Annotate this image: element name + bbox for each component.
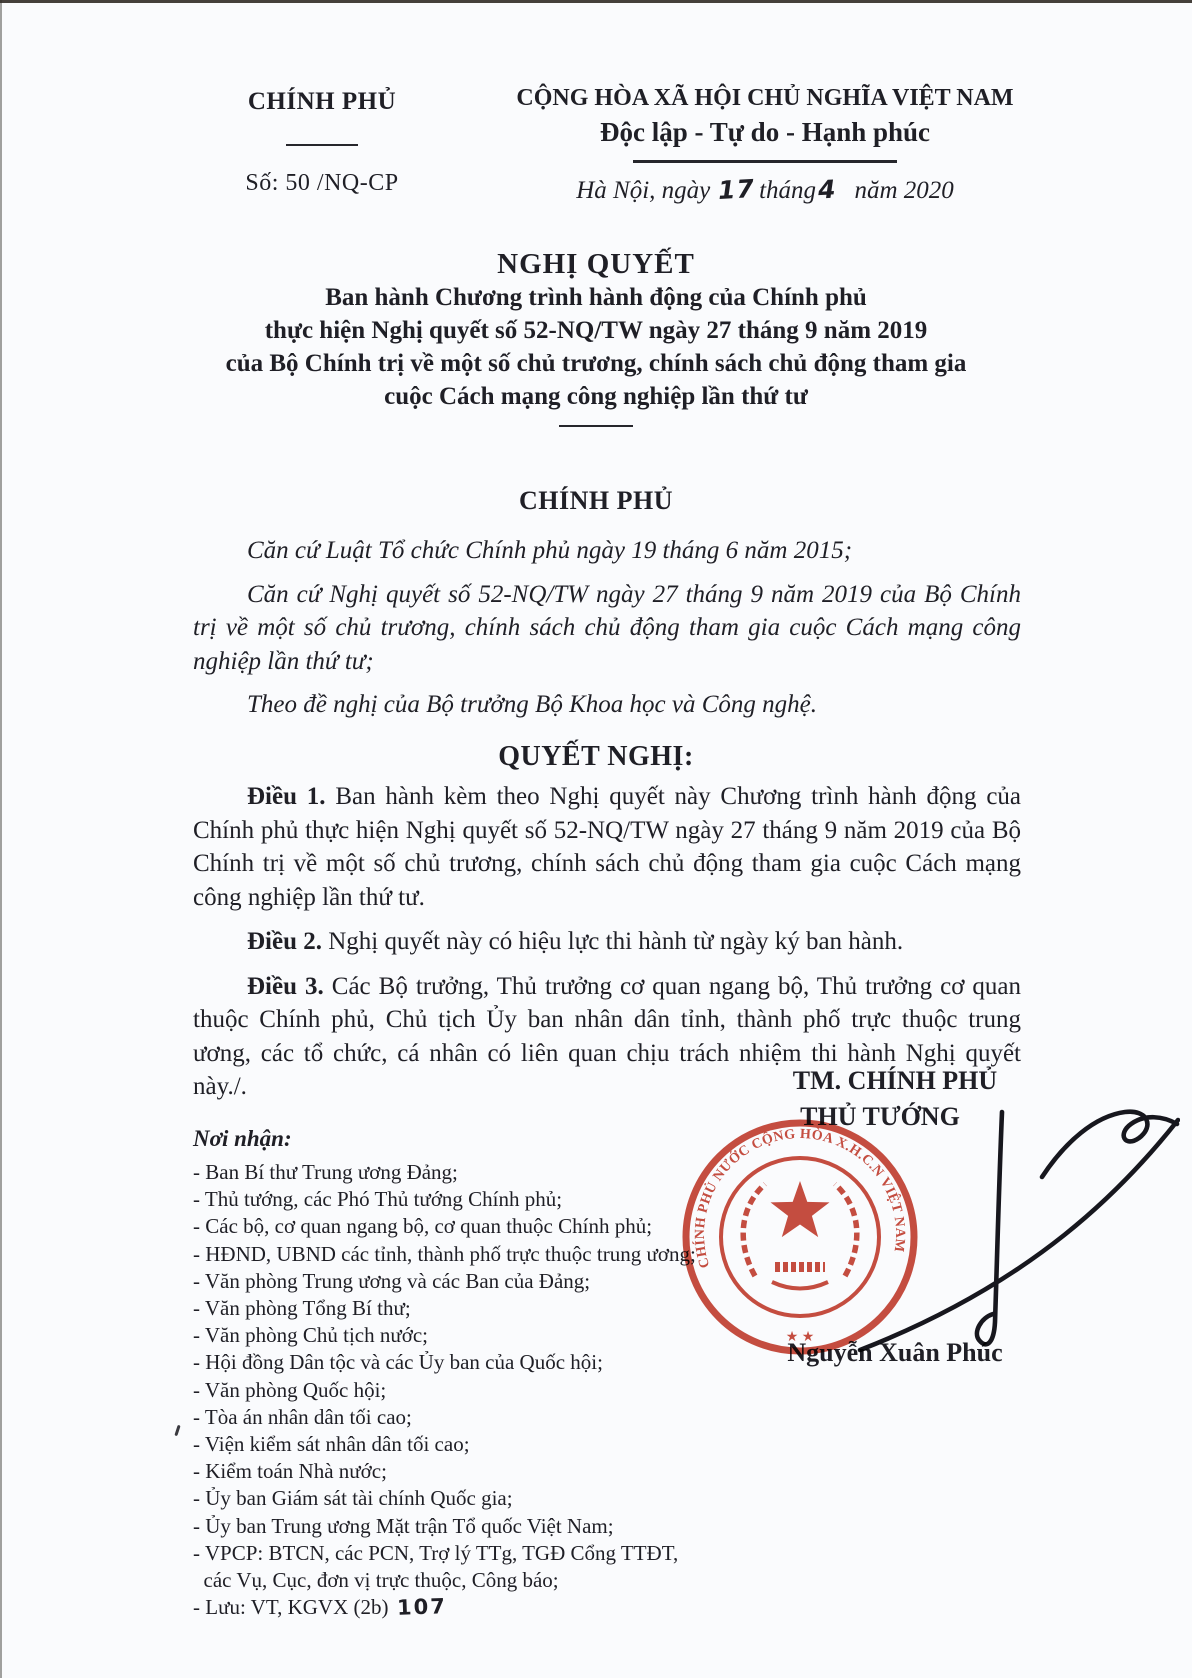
recipient-item: - Viện kiểm sát nhân dân tối cao; <box>193 1431 803 1458</box>
recipient-item: - Ủy ban Giám sát tài chính Quốc gia; <box>193 1485 803 1512</box>
recital-paragraph: Căn cứ Luật Tổ chức Chính phủ ngày 19 th… <box>193 534 1021 568</box>
title-line: thực hiện Nghị quyết số 52-NQ/TW ngày 27… <box>0 314 1192 347</box>
recipient-item: - Kiểm toán Nhà nước; <box>193 1458 803 1485</box>
dateline-year: năm 2020 <box>854 177 953 204</box>
article-2-label: Điều 2. <box>247 928 322 955</box>
dateline-middle: tháng <box>759 177 816 204</box>
archive-line-text: - Lưu: VT, KGVX (2b) <box>193 1595 389 1619</box>
article-1: Điều 1. Ban hành kèm theo Nghị quyết này… <box>193 780 1021 914</box>
document-title-block: NGHỊ QUYẾT Ban hành Chương trình hành độ… <box>0 248 1192 427</box>
recipient-item: các Vụ, Cục, đơn vị trực thuộc, Công báo… <box>193 1567 803 1594</box>
document-page: CHÍNH PHỦ Số: 50 /NQ-CP CỘNG HÒA XÃ HỘI … <box>0 0 1192 1678</box>
recital-paragraph: Căn cứ Nghị quyết số 52-NQ/TW ngày 27 th… <box>193 578 1021 679</box>
authority-heading: CHÍNH PHỦ <box>0 486 1192 516</box>
issuing-authority: CHÍNH PHỦ <box>212 88 432 116</box>
recipient-item: - Văn phòng Quốc hội; <box>193 1377 803 1404</box>
handwritten-copy-count: 107 <box>396 1593 447 1622</box>
divider-line <box>286 144 358 146</box>
seal-star-emblem <box>771 1181 830 1237</box>
government-seal: CHÍNH PHỦ NƯỚC CỘNG HÒA X.H.C.N VIỆT NAM… <box>675 1112 925 1362</box>
handwritten-month: 4 <box>817 175 837 205</box>
issuing-authority-block: CHÍNH PHỦ Số: 50 /NQ-CP <box>212 88 432 197</box>
recipient-item: - Ủy ban Trung ương Mặt trận Tổ quốc Việ… <box>193 1513 803 1540</box>
signature-stroke-descender <box>977 1112 1002 1344</box>
document-type: NGHỊ QUYẾT <box>0 248 1192 281</box>
article-2: Điều 2. Nghị quyết này có hiệu lực thi h… <box>193 925 1021 959</box>
dateline-prefix: Hà Nội, ngày <box>576 177 710 204</box>
recitals-section: Căn cứ Luật Tổ chức Chính phủ ngày 19 th… <box>193 534 1021 732</box>
scan-edge-top <box>0 0 1192 3</box>
articles-section: Điều 1. Ban hành kèm theo Nghị quyết này… <box>193 780 1021 1115</box>
recital-paragraph: Theo đề nghị của Bộ trưởng Bộ Khoa học v… <box>193 688 1021 722</box>
national-motto: Độc lập - Tự do - Hạnh phúc <box>470 117 1060 148</box>
article-3-label: Điều 3. <box>247 973 324 1000</box>
place-dateline: Hà Nội, ngày17tháng4năm 2020 <box>470 175 1060 205</box>
recipient-item: - Tòa án nhân dân tối cao; <box>193 1404 803 1431</box>
handwritten-day: 17 <box>718 174 756 205</box>
divider-line <box>633 160 897 163</box>
title-line: của Bộ Chính trị về một số chủ trương, c… <box>0 347 1192 380</box>
article-2-text: Nghị quyết này có hiệu lực thi hành từ n… <box>328 928 903 955</box>
archive-line: - Lưu: VT, KGVX (2b)107 <box>193 1594 803 1621</box>
title-line: Ban hành Chương trình hành động của Chín… <box>0 281 1192 314</box>
national-header-block: CỘNG HÒA XÃ HỘI CHỦ NGHĨA VIỆT NAM Độc l… <box>470 85 1060 205</box>
resolve-heading: QUYẾT NGHỊ: <box>0 741 1192 773</box>
recipient-item: - VPCP: BTCN, các PCN, Trợ lý TTg, TGĐ C… <box>193 1540 803 1567</box>
document-number: Số: 50 /NQ-CP <box>212 170 432 197</box>
divider-line <box>559 425 633 427</box>
stray-pen-mark <box>174 1425 180 1436</box>
title-line: cuộc Cách mạng công nghiệp lần thứ tư <box>0 380 1192 413</box>
national-title: CỘNG HÒA XÃ HỘI CHỦ NGHĨA VIỆT NAM <box>470 85 1060 112</box>
article-1-label: Điều 1. <box>247 783 326 810</box>
seal-stars: ★ ★ <box>786 1330 815 1345</box>
